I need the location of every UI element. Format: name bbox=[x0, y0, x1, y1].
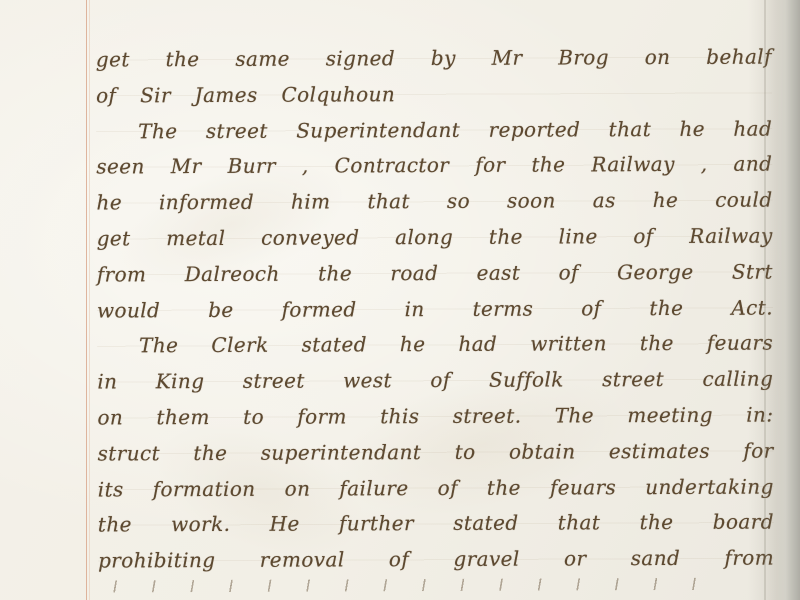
manuscript-line: its formation on failure of the feuars u… bbox=[98, 469, 774, 508]
manuscript-line: seen Mr Burr , Contractor for the Railwa… bbox=[96, 147, 772, 186]
page-edge-shadow bbox=[748, 0, 800, 600]
manuscript-line: struct the superintendant to obtain esti… bbox=[98, 433, 774, 472]
manuscript-text-block: get the same signed by Mr Brog on behalf… bbox=[96, 40, 774, 593]
manuscript-page: get the same signed by Mr Brog on behalf… bbox=[0, 0, 800, 600]
margin-rule-line bbox=[86, 0, 87, 600]
manuscript-line: The Clerk stated he had written the feua… bbox=[97, 326, 773, 365]
margin-rule-line-faint bbox=[89, 0, 90, 600]
manuscript-line: get the same signed by Mr Brog on behalf bbox=[96, 40, 772, 79]
clipped-bottom-line-strokes bbox=[98, 578, 728, 593]
manuscript-line: the work. He further stated that the boa… bbox=[98, 505, 774, 544]
manuscript-line: he informed him that so soon as he could bbox=[96, 183, 772, 222]
manuscript-line: on them to form this street. The meeting… bbox=[97, 397, 773, 436]
manuscript-line: from Dalreoch the road east of George St… bbox=[97, 254, 773, 293]
manuscript-line: in King street west of Suffolk street ca… bbox=[97, 362, 773, 401]
manuscript-line: of Sir James Colquhoun bbox=[96, 75, 772, 114]
manuscript-line: The street Superintendant reported that … bbox=[96, 111, 772, 150]
manuscript-line: prohibiting removal of gravel or sand fr… bbox=[98, 541, 774, 580]
manuscript-line: would be formed in terms of the Act. bbox=[97, 290, 773, 329]
manuscript-line: get metal conveyed along the line of Rai… bbox=[97, 219, 773, 258]
